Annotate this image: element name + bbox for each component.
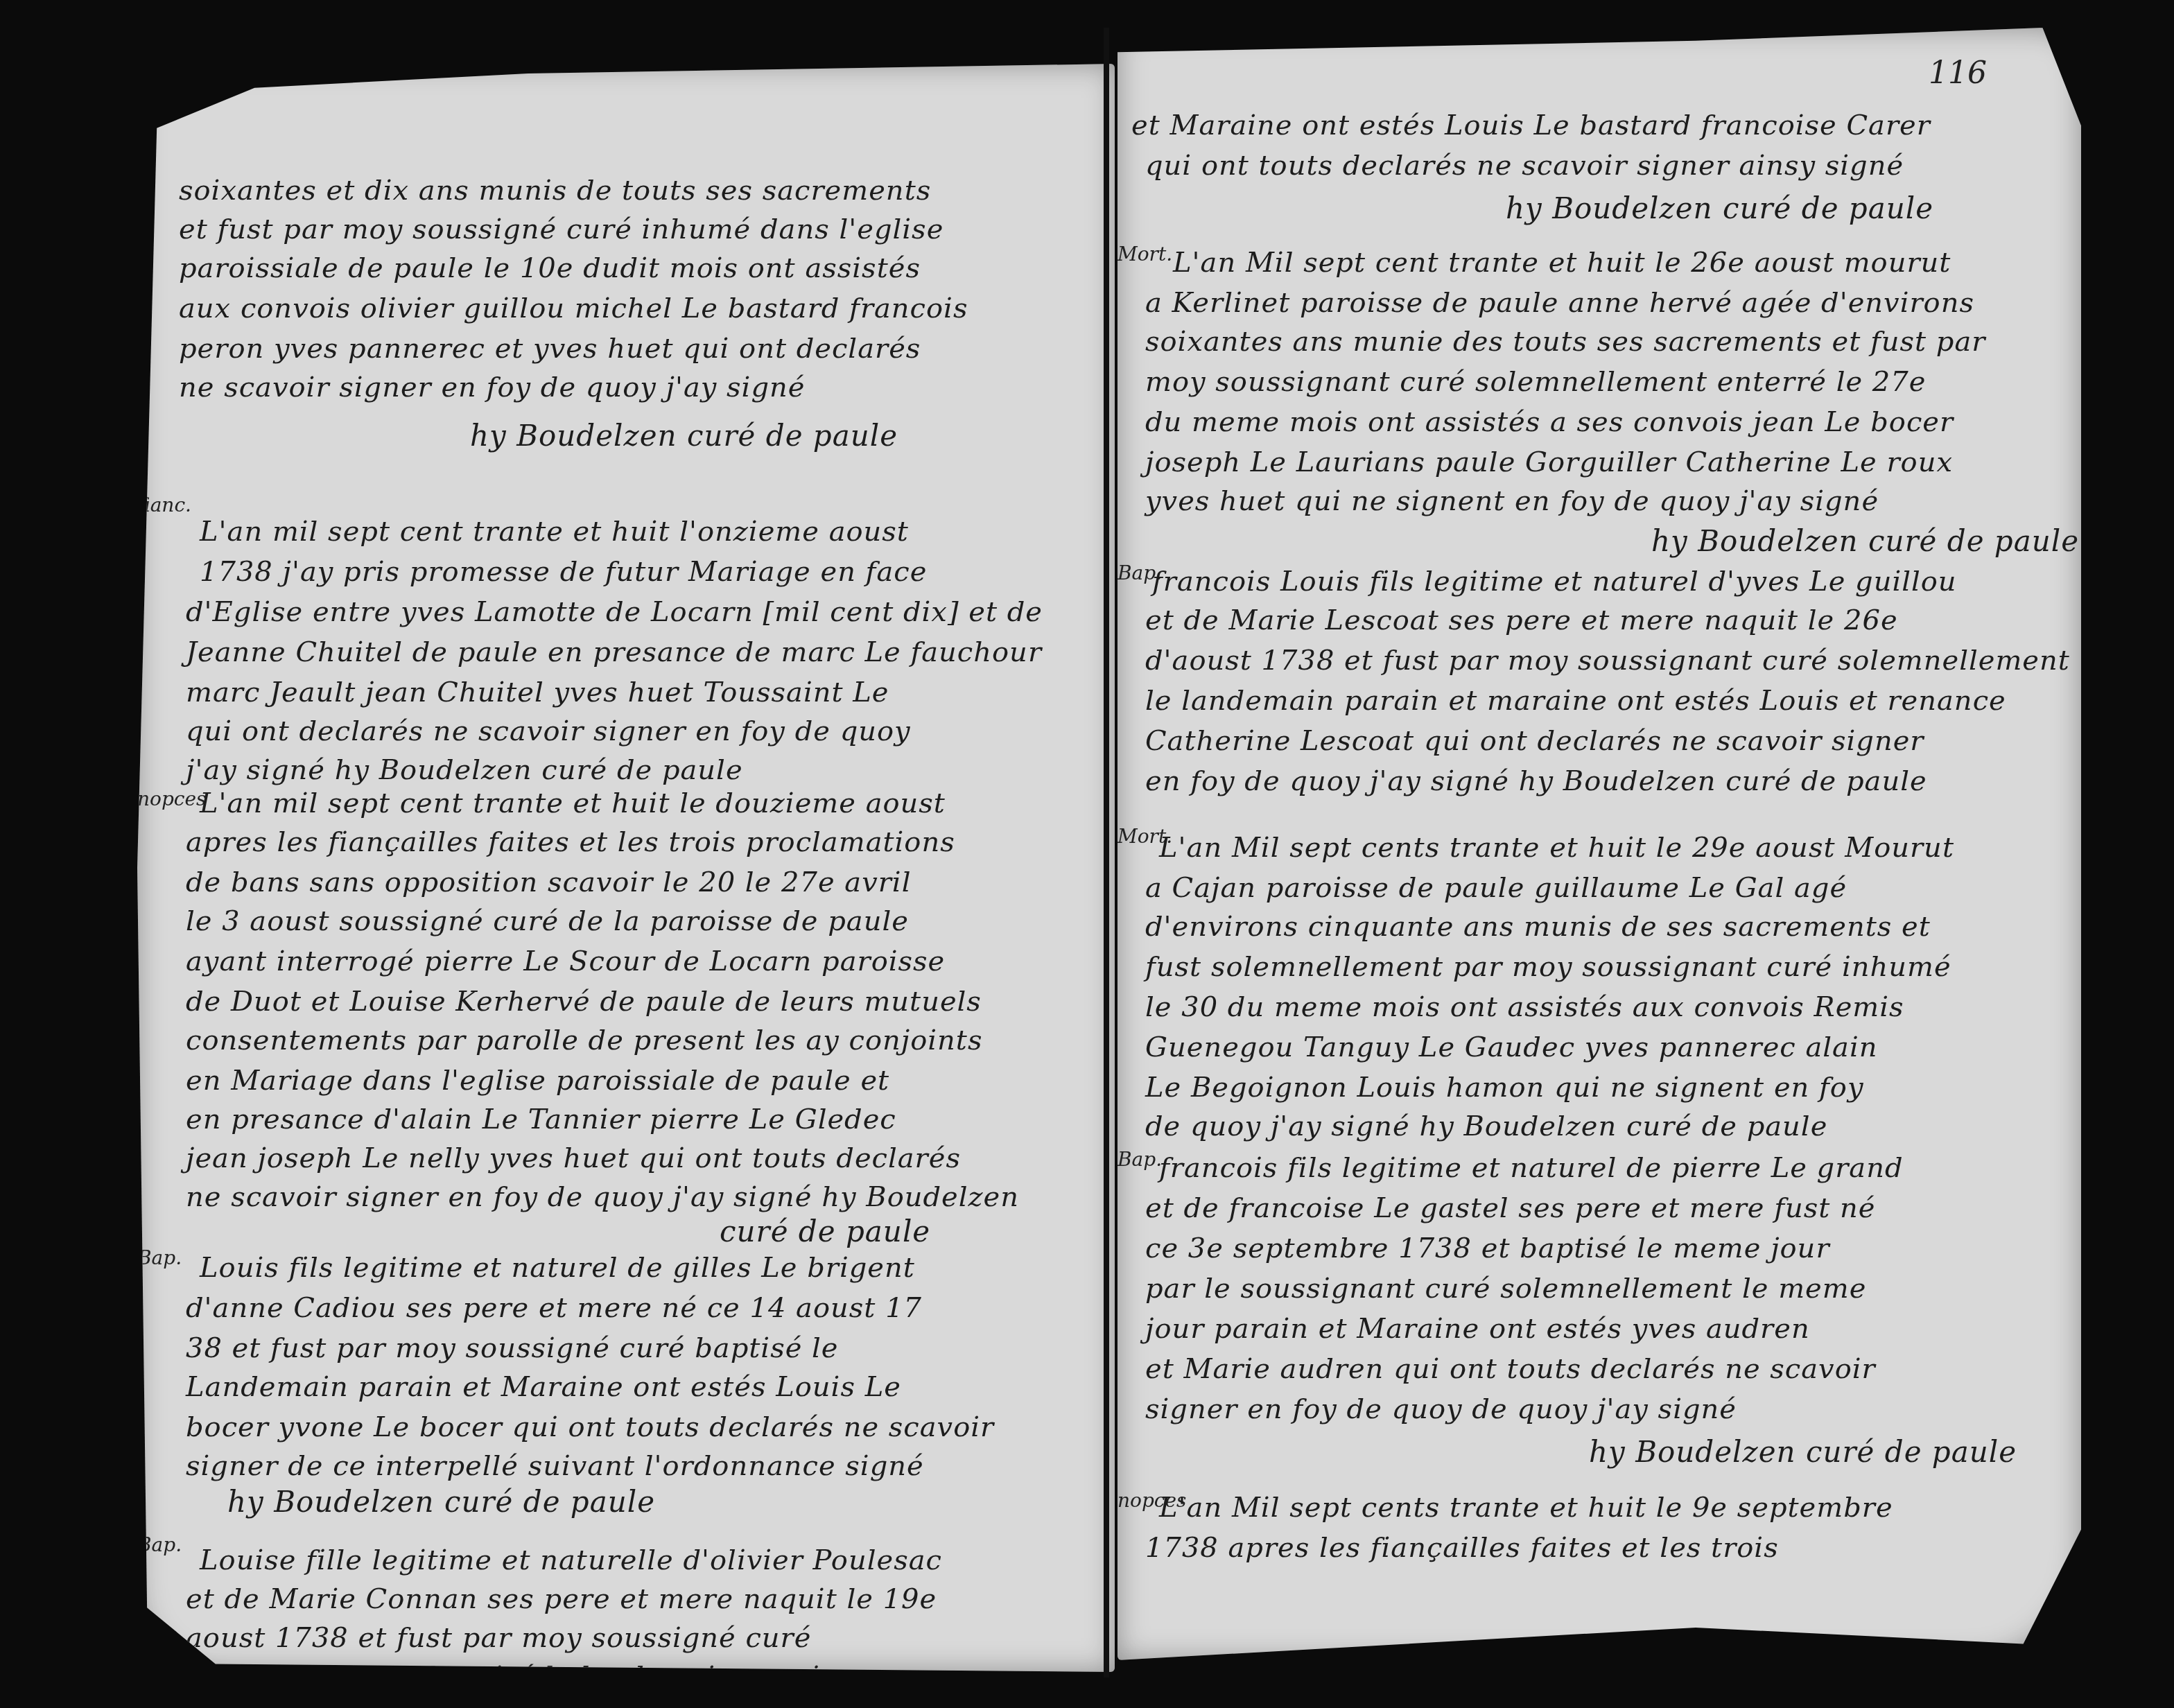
text-line: de quoy j'ay signé hy Boudelzen curé de …: [1145, 1110, 1827, 1142]
priest-signature: curé de paule: [720, 1214, 930, 1248]
text-line: jour parain et Maraine ont estés yves au…: [1145, 1313, 1810, 1345]
text-line: du meme mois ont assistés a ses convois …: [1145, 406, 1954, 438]
text-line: d'environs cinquante ans munis de ses sa…: [1145, 911, 1931, 943]
text-line: Landemain parain et Maraine ont estés Lo…: [186, 1371, 901, 1403]
text-line: consentements par parolle de present les…: [186, 1025, 982, 1056]
text-line: Jeanne Chuitel de paule en presance de m…: [186, 636, 1042, 668]
text-line: paroissiale de paule le 10e dudit mois o…: [179, 252, 921, 284]
text-line: marc Jeault jean Chuitel yves huet Touss…: [186, 677, 889, 708]
text-line: moy soussignant curé solemnellement ente…: [1145, 366, 1926, 398]
text-line: peron yves pannerec et yves huet qui ont…: [179, 333, 921, 365]
margin-note: Bap.: [1118, 1148, 1162, 1171]
margin-note: Bap.: [137, 1533, 182, 1556]
margin-note: Mort.: [1118, 243, 1172, 265]
text-line: et fust par moy soussigné curé inhumé da…: [179, 214, 943, 245]
text-line: francois fils legitime et naturel de pie…: [1159, 1152, 1904, 1184]
text-line: et de francoise Le gastel ses pere et me…: [1145, 1192, 1875, 1224]
priest-signature: hy Boudelzen curé de paule: [1651, 524, 2079, 558]
text-line: yves huet qui ne signent en foy de quoy …: [1145, 485, 1879, 517]
text-line: par le soussignant curé solemnellement l…: [1145, 1273, 1866, 1305]
text-line: joseph Le Laurians paule Gorguiller Cath…: [1145, 446, 1953, 478]
text-line: 1738 j'ay pris promesse de futur Mariage…: [200, 556, 927, 588]
left-page: soixantes et dix ans munis de touts ses …: [137, 64, 1115, 1672]
text-line: qui ont touts declarés ne scavoir signer…: [1145, 150, 1904, 182]
text-line: signer de ce interpellé suivant l'ordonn…: [186, 1450, 924, 1482]
text-line: le 30 du meme mois ont assistés aux conv…: [1145, 991, 1904, 1023]
text-line: L'an Mil sept cent trante et huit le 26e…: [1173, 247, 1951, 279]
text-line: Louise fille legitime et naturelle d'oli…: [200, 1544, 942, 1576]
text-line: le landemain parain et maraine ont estés…: [1145, 685, 2006, 717]
margin-note: fianc.: [137, 494, 191, 516]
text-line: 38 et fust par moy soussigné curé baptis…: [186, 1332, 839, 1364]
text-line: le 3 aoust soussigné curé de la paroisse…: [186, 905, 909, 937]
margin-note: nopces: [137, 787, 206, 810]
text-line: d'aoust 1738 et fust par moy soussignant…: [1145, 645, 2070, 677]
text-line: aoust 1738 et fust par moy soussigné cur…: [186, 1622, 811, 1654]
priest-signature: hy Boudelzen curé de paule: [1506, 191, 1933, 225]
text-line: ce 3e septembre 1738 et baptisé le meme …: [1145, 1232, 1830, 1264]
text-line: ayant interrogé pierre Le Scour de Locar…: [186, 946, 945, 977]
text-line: L'an Mil sept cents trante et huit le 9e…: [1159, 1492, 1893, 1524]
text-line: en presance d'alain Le Tannier pierre Le…: [186, 1104, 896, 1135]
text-line: L'an Mil sept cents trante et huit le 29…: [1159, 832, 1954, 864]
text-line: L'an mil sept cent trante et huit l'onzi…: [200, 516, 909, 548]
text-line: et de Marie Lescoat ses pere et mere naq…: [1145, 604, 1898, 636]
text-line: d'anne Cadiou ses pere et mere né ce 14 …: [186, 1292, 922, 1324]
text-line: solemnellement baptisé le landemain para…: [186, 1661, 839, 1693]
text-line: de Duot et Louise Kerhervé de paule de l…: [186, 986, 982, 1018]
right-page: 116 et Maraine ont estés Louis Le bastar…: [1118, 28, 2081, 1660]
priest-signature: hy Boudelzen curé de paule: [470, 419, 898, 453]
text-line: L'an mil sept cent trante et huit le dou…: [200, 787, 946, 819]
text-line: a Kerlinet paroisse de paule anne hervé …: [1145, 287, 1974, 319]
text-line: d'Eglise entre yves Lamotte de Locarn [m…: [186, 596, 1043, 628]
priest-signature: hy Boudelzen curé de paule: [227, 1485, 655, 1519]
left-page-text: soixantes et dix ans munis de touts ses …: [137, 64, 1115, 1672]
text-line: qui ont declarés ne scavoir signer en fo…: [186, 715, 911, 747]
text-line: et de Marie Connan ses pere et mere naqu…: [186, 1583, 937, 1615]
text-line: Guenegou Tanguy Le Gaudec yves pannerec …: [1145, 1031, 1877, 1063]
text-line: Le Begoignon Louis hamon qui ne signent …: [1145, 1072, 1864, 1104]
page-gutter: [1104, 28, 1109, 1678]
text-line: bocer yvone Le bocer qui ont touts decla…: [186, 1411, 994, 1443]
text-line: en foy de quoy j'ay signé hy Boudelzen c…: [1145, 765, 1927, 797]
text-line: en Mariage dans l'eglise paroissiale de …: [186, 1065, 889, 1097]
text-line: de bans sans opposition scavoir le 20 le…: [186, 866, 911, 898]
text-line: fust solemnellement par moy soussignant …: [1145, 951, 1951, 983]
text-line: Louis fils legitime et naturel de gilles…: [200, 1252, 915, 1284]
priest-signature: hy Boudelzen curé de paule: [1589, 1435, 2017, 1469]
text-line: et Maraine ont estés Louis Le bastard fr…: [1131, 110, 1931, 141]
text-line: signer en foy de quoy de quoy j'ay signé: [1145, 1393, 1737, 1425]
text-line: soixantes ans munie des touts ses sacrem…: [1145, 326, 1985, 358]
text-line: aux convois olivier guillou michel Le ba…: [179, 293, 968, 324]
text-line: et Marie audren qui ont touts declarés n…: [1145, 1353, 1876, 1385]
text-line: 1738 apres les fiançailles faites et les…: [1145, 1532, 1779, 1564]
text-line: soixantes et dix ans munis de touts ses …: [179, 175, 931, 207]
text-line: j'ay signé hy Boudelzen curé de paule: [186, 754, 743, 786]
text-line: a Cajan paroisse de paule guillaume Le G…: [1145, 872, 1847, 904]
margin-note: Bap.: [137, 1246, 182, 1269]
text-line: apres les fiançailles faites et les troi…: [186, 826, 955, 858]
text-line: ne scavoir signer en foy de quoy j'ay si…: [186, 1181, 1019, 1213]
text-line: Catherine Lescoat qui ont declarés ne sc…: [1145, 725, 1924, 757]
text-line: jean joseph Le nelly yves huet qui ont t…: [186, 1142, 961, 1174]
right-page-text: et Maraine ont estés Louis Le bastard fr…: [1118, 28, 2081, 1660]
text-line: ne scavoir signer en foy de quoy j'ay si…: [179, 372, 805, 403]
text-line: francois Louis fils legitime et naturel …: [1152, 566, 1957, 598]
